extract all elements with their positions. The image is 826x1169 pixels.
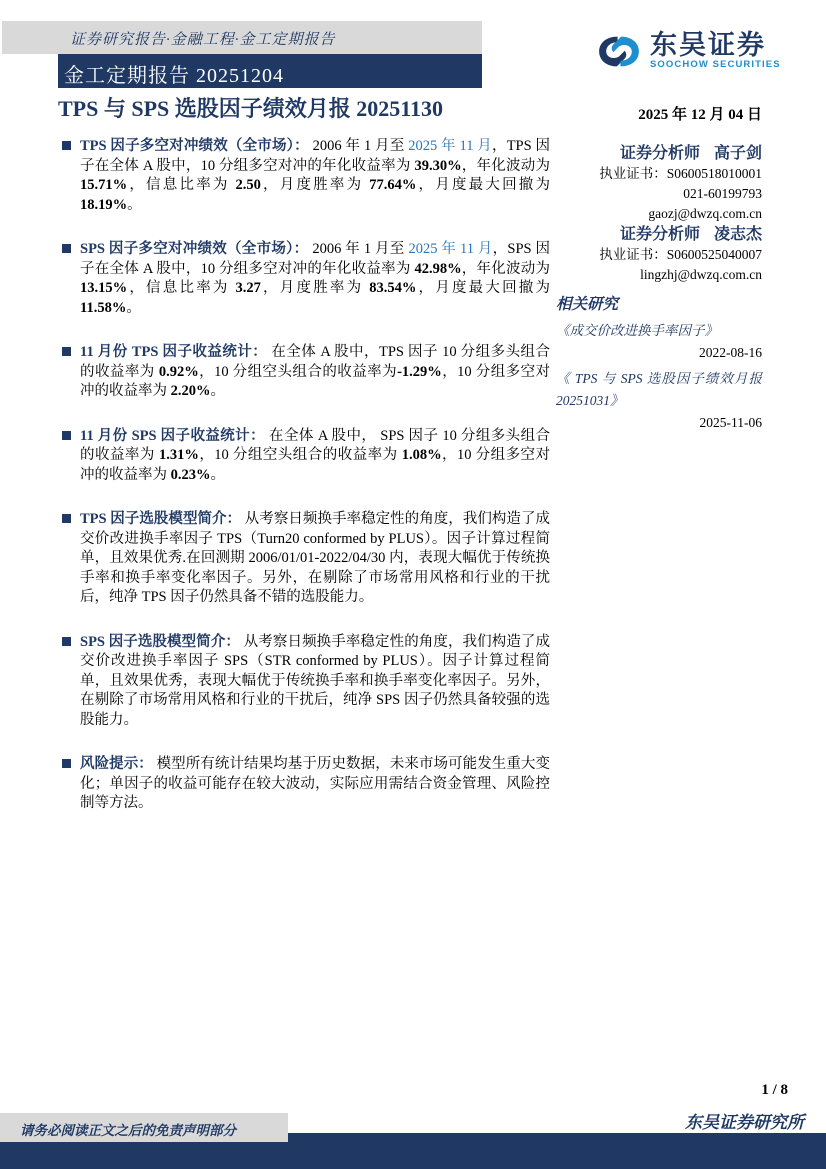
bullet-heading: 风险提示： bbox=[80, 756, 157, 772]
bullet-text-segment: 42.98% bbox=[414, 261, 461, 277]
bullet-item: TPS 因子多空对冲绩效（全市场）： 2006 年 1 月至 2025 年 11… bbox=[62, 137, 550, 215]
bullet-text-segment: ，月度胜率为 bbox=[261, 177, 369, 193]
bullet-text-segment: 83.54% bbox=[369, 280, 416, 296]
analyst-phone: 021-60199793 bbox=[556, 184, 762, 204]
bullet-text-segment: -1.29% bbox=[397, 364, 442, 380]
analyst-role: 证券分析师 bbox=[620, 226, 700, 243]
bullet-item: SPS 因子选股模型简介： 从考察日频换手率稳定性的角度，我们构造了成交价改进换… bbox=[62, 633, 550, 731]
bullet-text-segment: 。 bbox=[211, 467, 226, 483]
report-page: 证券研究报告·金融工程·金工定期报告 金工定期报告 20251204 TPS 与… bbox=[0, 0, 826, 1169]
analyst-cert: 执业证书：S0600525040007 bbox=[556, 245, 762, 265]
bullet-text-segment: 13.15% bbox=[80, 280, 127, 296]
bullet-text-segment: 2006 年 1 月至 bbox=[312, 241, 408, 257]
disclaimer-label: 请务必阅读正文之后的免责声明部分 bbox=[20, 1119, 236, 1139]
bullet-square-icon bbox=[62, 759, 71, 768]
bullet-text-segment: 1.08% bbox=[402, 447, 442, 463]
analyst-role-line: 证券分析师高子剑 bbox=[556, 143, 762, 164]
bullet-text-segment: 15.71% bbox=[80, 177, 127, 193]
analyst-role-line: 证券分析师凌志杰 bbox=[556, 224, 762, 245]
bullet-heading: TPS 因子多空对冲绩效（全市场）： bbox=[80, 138, 313, 154]
related-item-date: 2022-08-16 bbox=[556, 342, 762, 364]
brand-names: 东吴证券 SOOCHOW SECURITIES bbox=[650, 31, 781, 70]
bullet-text-segment: ，10 分组空头组合的收益率为 bbox=[199, 364, 397, 380]
related-item-title: 《成交价改进换手率因子》 bbox=[556, 320, 762, 342]
bullet-text-segment: ，年化波动为 bbox=[462, 158, 550, 174]
bullet-text-segment: ，月度最大回撤为 bbox=[416, 177, 550, 193]
bullet-text-segment: 39.30% bbox=[414, 158, 461, 174]
brand-name-cn: 东吴证券 bbox=[650, 31, 781, 59]
bullet-text-segment: 2025 年 11 月 bbox=[408, 241, 492, 257]
bullet-square-icon bbox=[62, 514, 71, 523]
bullet-text-segment: 2.50 bbox=[235, 177, 260, 193]
soochow-logo-icon bbox=[597, 33, 641, 70]
institute-name: 东吴证券研究所 bbox=[685, 1108, 804, 1133]
bullet-text-segment: 3.27 bbox=[235, 280, 260, 296]
bullet-heading: 11 月份 TPS 因子收益统计： bbox=[80, 344, 271, 360]
bullet-text-segment: 1.31% bbox=[159, 447, 199, 463]
bullet-text-segment: ，10 分组空头组合的收益率为 bbox=[199, 447, 402, 463]
bullet-list: TPS 因子多空对冲绩效（全市场）： 2006 年 1 月至 2025 年 11… bbox=[62, 137, 550, 839]
analyst-role: 证券分析师 bbox=[620, 145, 700, 162]
bullet-item: 11 月份 SPS 因子收益统计： 在全体 A 股中， SPS 因子 10 分组… bbox=[62, 427, 550, 486]
bullet-text-segment: 2.20% bbox=[171, 383, 211, 399]
banner-label: 金工定期报告 20251204 bbox=[64, 59, 284, 88]
bullet-square-icon bbox=[62, 431, 71, 440]
bullet-item: 风险提示： 模型所有统计结果均基于历史数据，未来市场可能发生重大变化；单因子的收… bbox=[62, 755, 550, 814]
bullet-text-segment: 。 bbox=[127, 197, 142, 213]
bullet-item: SPS 因子多空对冲绩效（全市场）： 2006 年 1 月至 2025 年 11… bbox=[62, 240, 550, 318]
bullet-square-icon bbox=[62, 637, 71, 646]
bullet-text-segment: 。 bbox=[126, 300, 141, 316]
brand-logo: 东吴证券 SOOCHOW SECURITIES bbox=[597, 31, 781, 70]
bullet-item: TPS 因子选股模型简介： 从考察日频换手率稳定性的角度，我们构造了成交价改进换… bbox=[62, 510, 550, 608]
analyst-cert: 执业证书：S0600518010001 bbox=[556, 164, 762, 184]
bullet-heading: SPS 因子多空对冲绩效（全市场）： bbox=[80, 241, 312, 257]
bullet-heading: TPS 因子选股模型简介： bbox=[80, 511, 245, 527]
bullet-text-segment: 。 bbox=[211, 383, 226, 399]
analyst-name: 凌志杰 bbox=[714, 226, 762, 243]
bullet-square-icon bbox=[62, 244, 71, 253]
bullet-square-icon bbox=[62, 141, 71, 150]
page-indicator: 1 / 8 bbox=[761, 1082, 788, 1099]
bullet-text-segment: ，年化波动为 bbox=[462, 261, 550, 277]
report-title: TPS 与 SPS 选股因子绩效月报 20251130 bbox=[58, 92, 528, 123]
bullet-text-segment: 0.23% bbox=[171, 467, 211, 483]
related-research-heading: 相关研究 bbox=[556, 294, 762, 316]
bullet-text-segment: 0.92% bbox=[159, 364, 199, 380]
bullet-text-segment: 11.58% bbox=[80, 300, 126, 316]
analyst-email: lingzhj@dwzq.com.cn bbox=[556, 265, 762, 285]
report-type-label: 证券研究报告·金融工程·金工定期报告 bbox=[70, 28, 336, 49]
bullet-text-segment: ，月度胜率为 bbox=[261, 280, 369, 296]
bullet-text-segment: 77.64% bbox=[369, 177, 416, 193]
analyst-block: 证券分析师高子剑执业证书：S0600518010001021-60199793g… bbox=[556, 143, 762, 285]
report-date: 2025 年 12 月 04 日 bbox=[556, 103, 762, 124]
bullet-text-segment: 2025 年 11 月 bbox=[408, 138, 492, 154]
bullet-text-segment: ，月度最大回撤为 bbox=[416, 280, 550, 296]
related-research: 相关研究 《成交价改进换手率因子》2022-08-16《 TPS 与 SPS 选… bbox=[556, 294, 762, 438]
bullet-text-segment: 2006 年 1 月至 bbox=[313, 138, 409, 154]
related-research-list: 《成交价改进换手率因子》2022-08-16《 TPS 与 SPS 选股因子绩效… bbox=[556, 320, 762, 434]
bullet-text-segment: ，信息比率为 bbox=[127, 280, 235, 296]
brand-name-en: SOOCHOW SECURITIES bbox=[650, 59, 781, 70]
bullet-square-icon bbox=[62, 347, 71, 356]
bullet-text-segment: 18.19% bbox=[80, 197, 127, 213]
related-item-date: 2025-11-06 bbox=[556, 412, 762, 434]
bullet-text-segment: ，信息比率为 bbox=[127, 177, 235, 193]
analyst-email: gaozj@dwzq.com.cn bbox=[556, 204, 762, 224]
analyst-name: 高子剑 bbox=[714, 145, 762, 162]
bullet-item: 11 月份 TPS 因子收益统计： 在全体 A 股中，TPS 因子 10 分组多… bbox=[62, 343, 550, 402]
related-item-title: 《 TPS 与 SPS 选股因子绩效月报 20251031》 bbox=[556, 368, 762, 412]
bullet-heading: SPS 因子选股模型简介： bbox=[80, 634, 244, 650]
bullet-heading: 11 月份 SPS 因子收益统计： bbox=[80, 428, 269, 444]
